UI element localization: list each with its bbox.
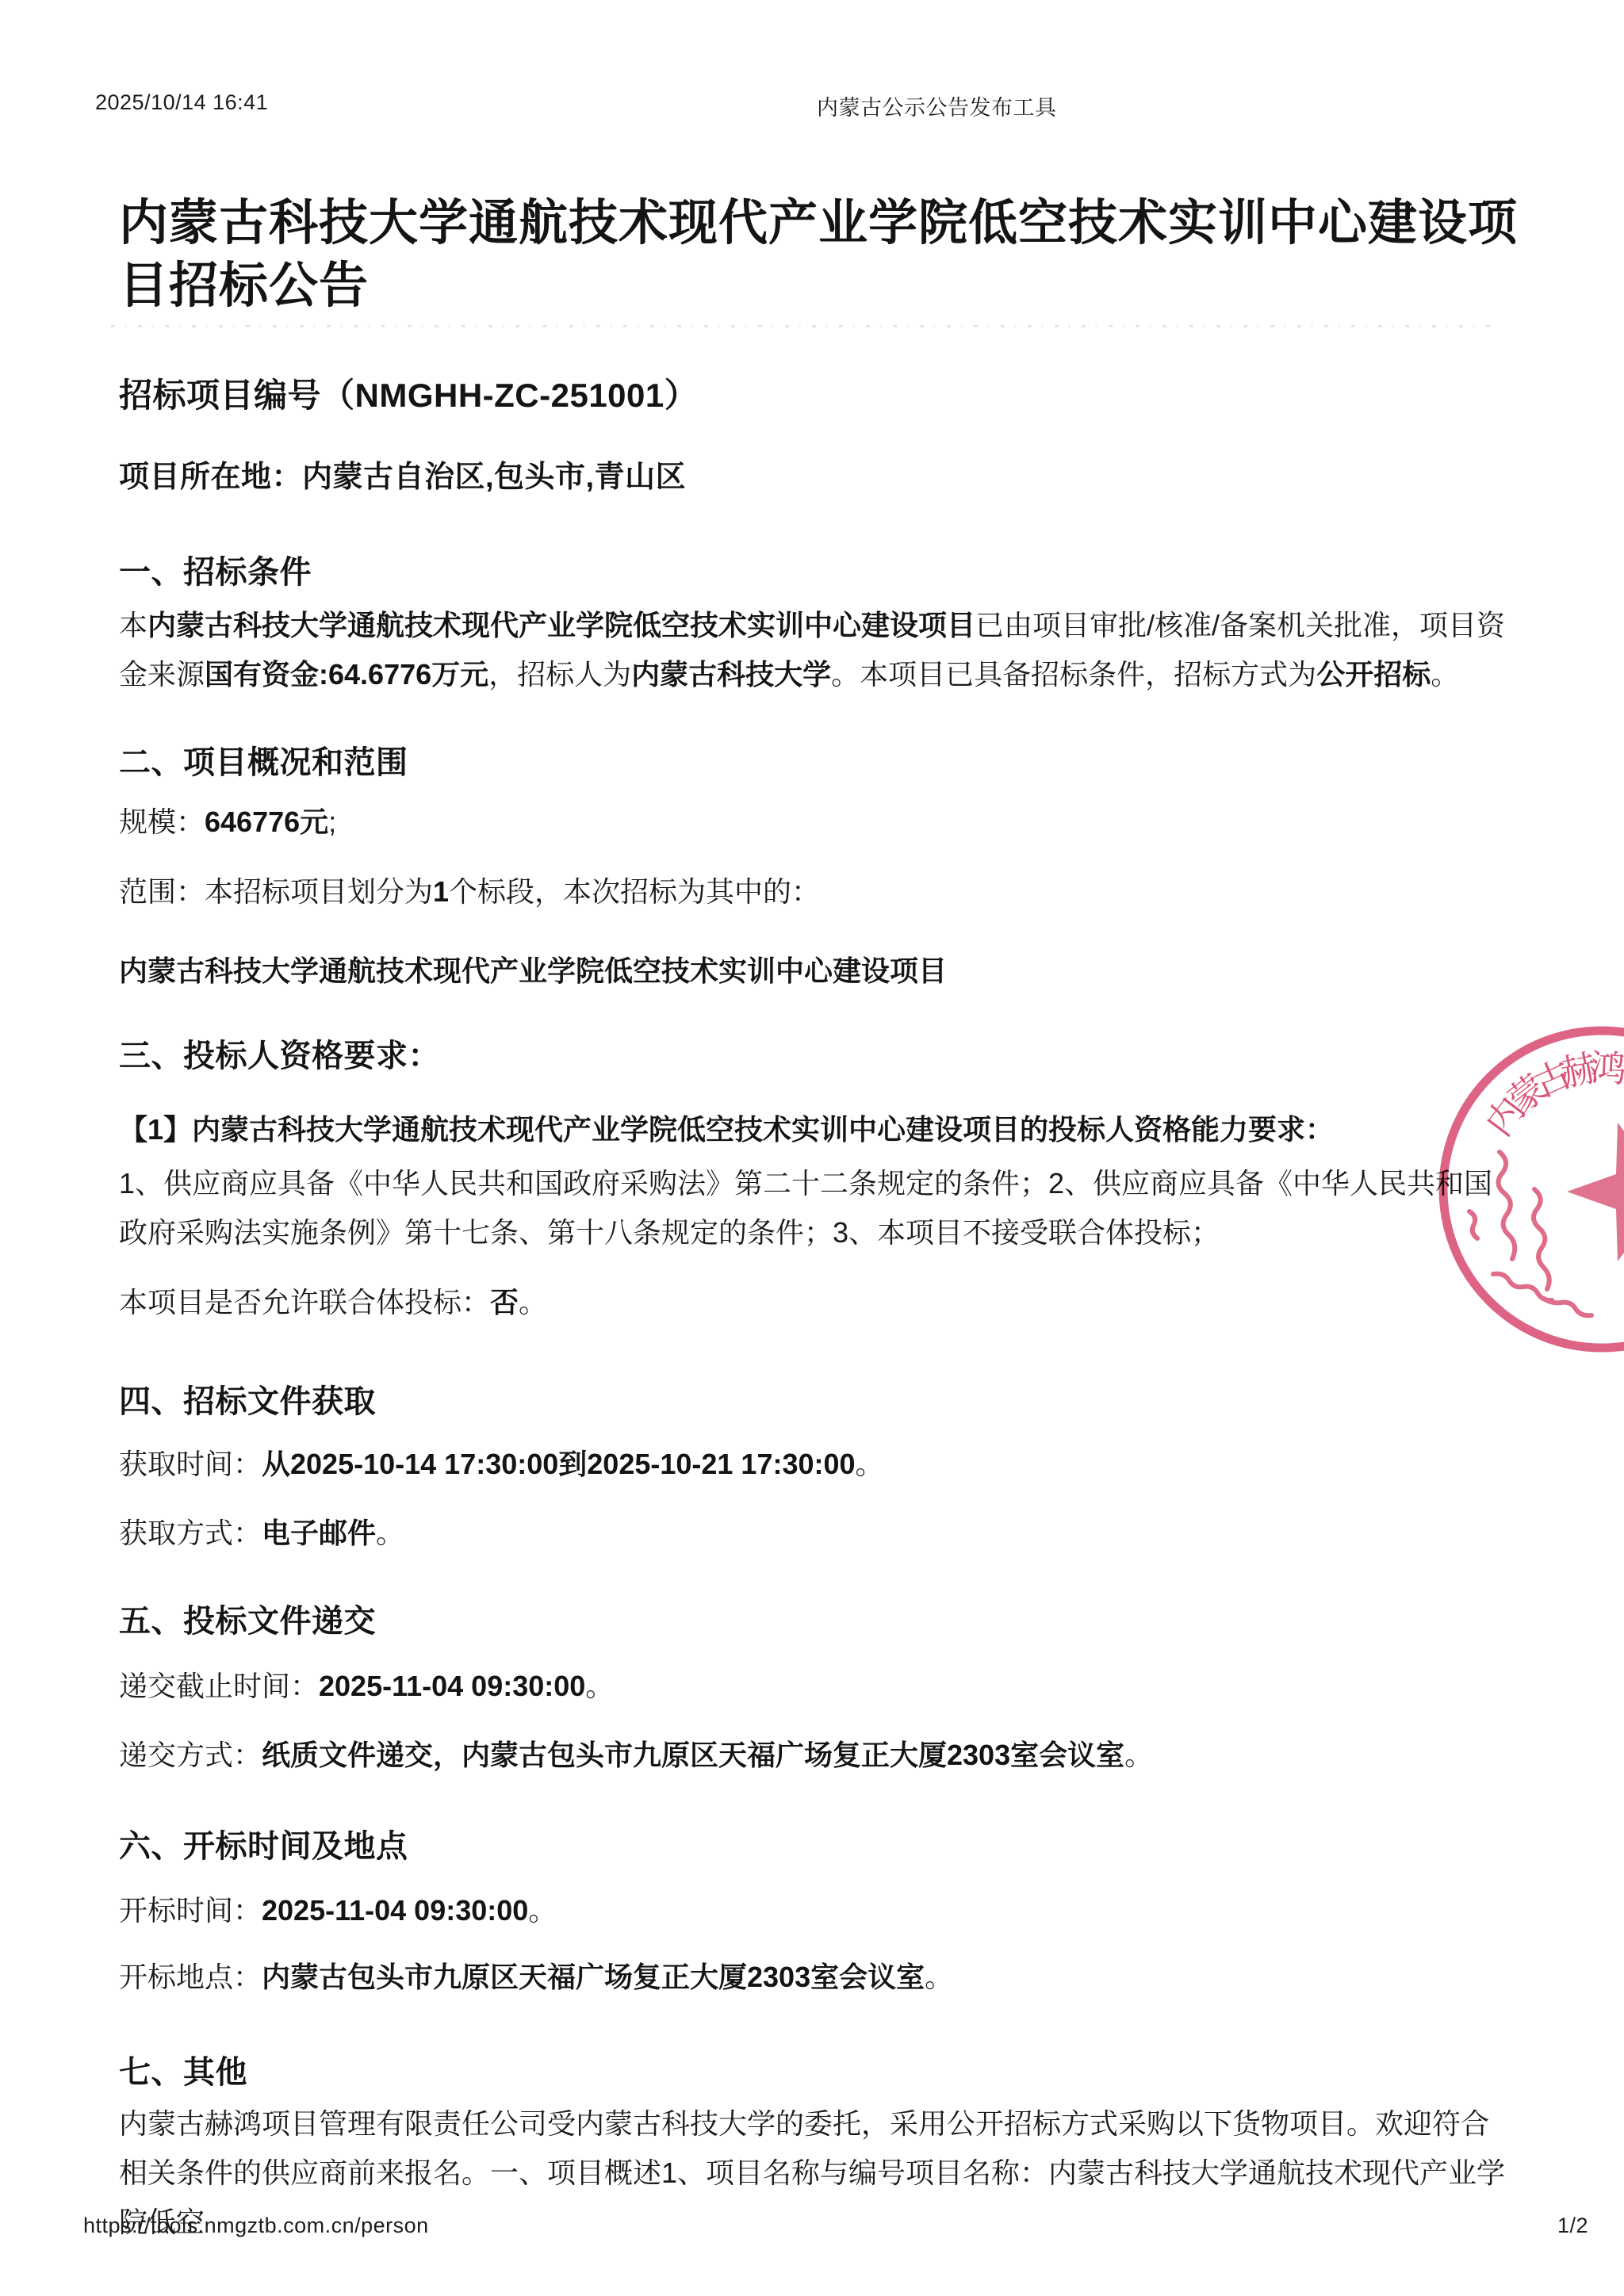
acquire-time-line: 获取时间：从2025-10-14 17:30:00到2025-10-21 17:…	[119, 1440, 1516, 1489]
section-1-paragraph: 本内蒙古科技大学通航技术现代产业学院低空技术实训中心建设项目已由项目审批/核准/…	[119, 601, 1516, 699]
project-scope-line: 范围：本招标项目划分为1个标段，本次招标为其中的：	[119, 867, 1516, 916]
project-location: 项目所在地：内蒙古自治区,包头市,青山区	[119, 452, 686, 496]
mongolian-script-stroke	[1498, 1152, 1515, 1259]
project-scale-line: 规模：646776元;	[119, 798, 1516, 847]
stamp-arc-text: 内 蒙 古 赫 鸿	[1478, 1047, 1624, 1143]
stamp-arc-char: 鸿	[1589, 1048, 1624, 1090]
submit-deadline-line: 递交截止时间：2025-11-04 09:30:00。	[119, 1662, 1516, 1711]
print-footer-url: https://tools.nmgztb.com.cn/person	[83, 2214, 429, 2238]
stamp-mongolian-script	[1469, 1152, 1591, 1315]
official-stamp: 内 蒙 古 赫 鸿	[1423, 1019, 1624, 1368]
joint-venture-line: 本项目是否允许联合体投标：否。	[119, 1278, 1516, 1327]
lot-project-name: 内蒙古科技大学通航技术现代产业学院低空技术实训中心建设项目	[119, 947, 1516, 996]
stamp-star	[1567, 1123, 1624, 1261]
opening-time-line: 开标时间：2025-11-04 09:30:00。	[119, 1886, 1516, 1935]
section-6-heading: 六、开标时间及地点	[119, 1821, 408, 1866]
scan-artifact-line	[111, 325, 1491, 327]
section-4-heading: 四、招标文件获取	[119, 1376, 376, 1422]
print-header-datetime: 2025/10/14 16:41	[95, 90, 268, 115]
section-2-heading: 二、项目概况和范围	[119, 737, 408, 783]
print-footer-page-indicator: 1/2	[1557, 2214, 1588, 2238]
section-7-heading: 七、其他	[119, 2047, 247, 2092]
opening-place-line: 开标地点：内蒙古包头市九原区天福广场复正大厦2303室会议室。	[119, 1953, 1516, 2002]
mongolian-script-stroke	[1542, 1298, 1591, 1315]
mongolian-script-stroke	[1469, 1211, 1477, 1238]
print-header-title: 内蒙古公示公告发布工具	[817, 90, 1057, 121]
acquire-method-line: 获取方式：电子邮件。	[119, 1509, 1516, 1558]
qualification-conditions: 1、供应商应具备《中华人民共和国政府采购法》第二十二条规定的条件；2、供应商应具…	[119, 1159, 1516, 1257]
section-3-heading: 三、投标人资格要求：	[119, 1031, 440, 1076]
mongolian-script-stroke	[1534, 1189, 1549, 1289]
project-code: 招标项目编号（NMGHH-ZC-251001）	[119, 369, 698, 417]
printed-page: { "header": { "datetime": "2025/10/14 16…	[0, 0, 1624, 2296]
page-title: 内蒙古科技大学通航技术现代产业学院低空技术实训中心建设项目招标公告	[119, 192, 1530, 317]
qualification-item-1: 【1】内蒙古科技大学通航技术现代产业学院低空技术实训中心建设项目的投标人资格能力…	[119, 1105, 1516, 1154]
submit-method-line: 递交方式：纸质文件递交，内蒙古包头市九原区天福广场复正大厦2303室会议室。	[119, 1731, 1516, 1780]
section-5-heading: 五、投标文件递交	[119, 1596, 376, 1641]
section-1-heading: 一、招标条件	[119, 547, 312, 592]
